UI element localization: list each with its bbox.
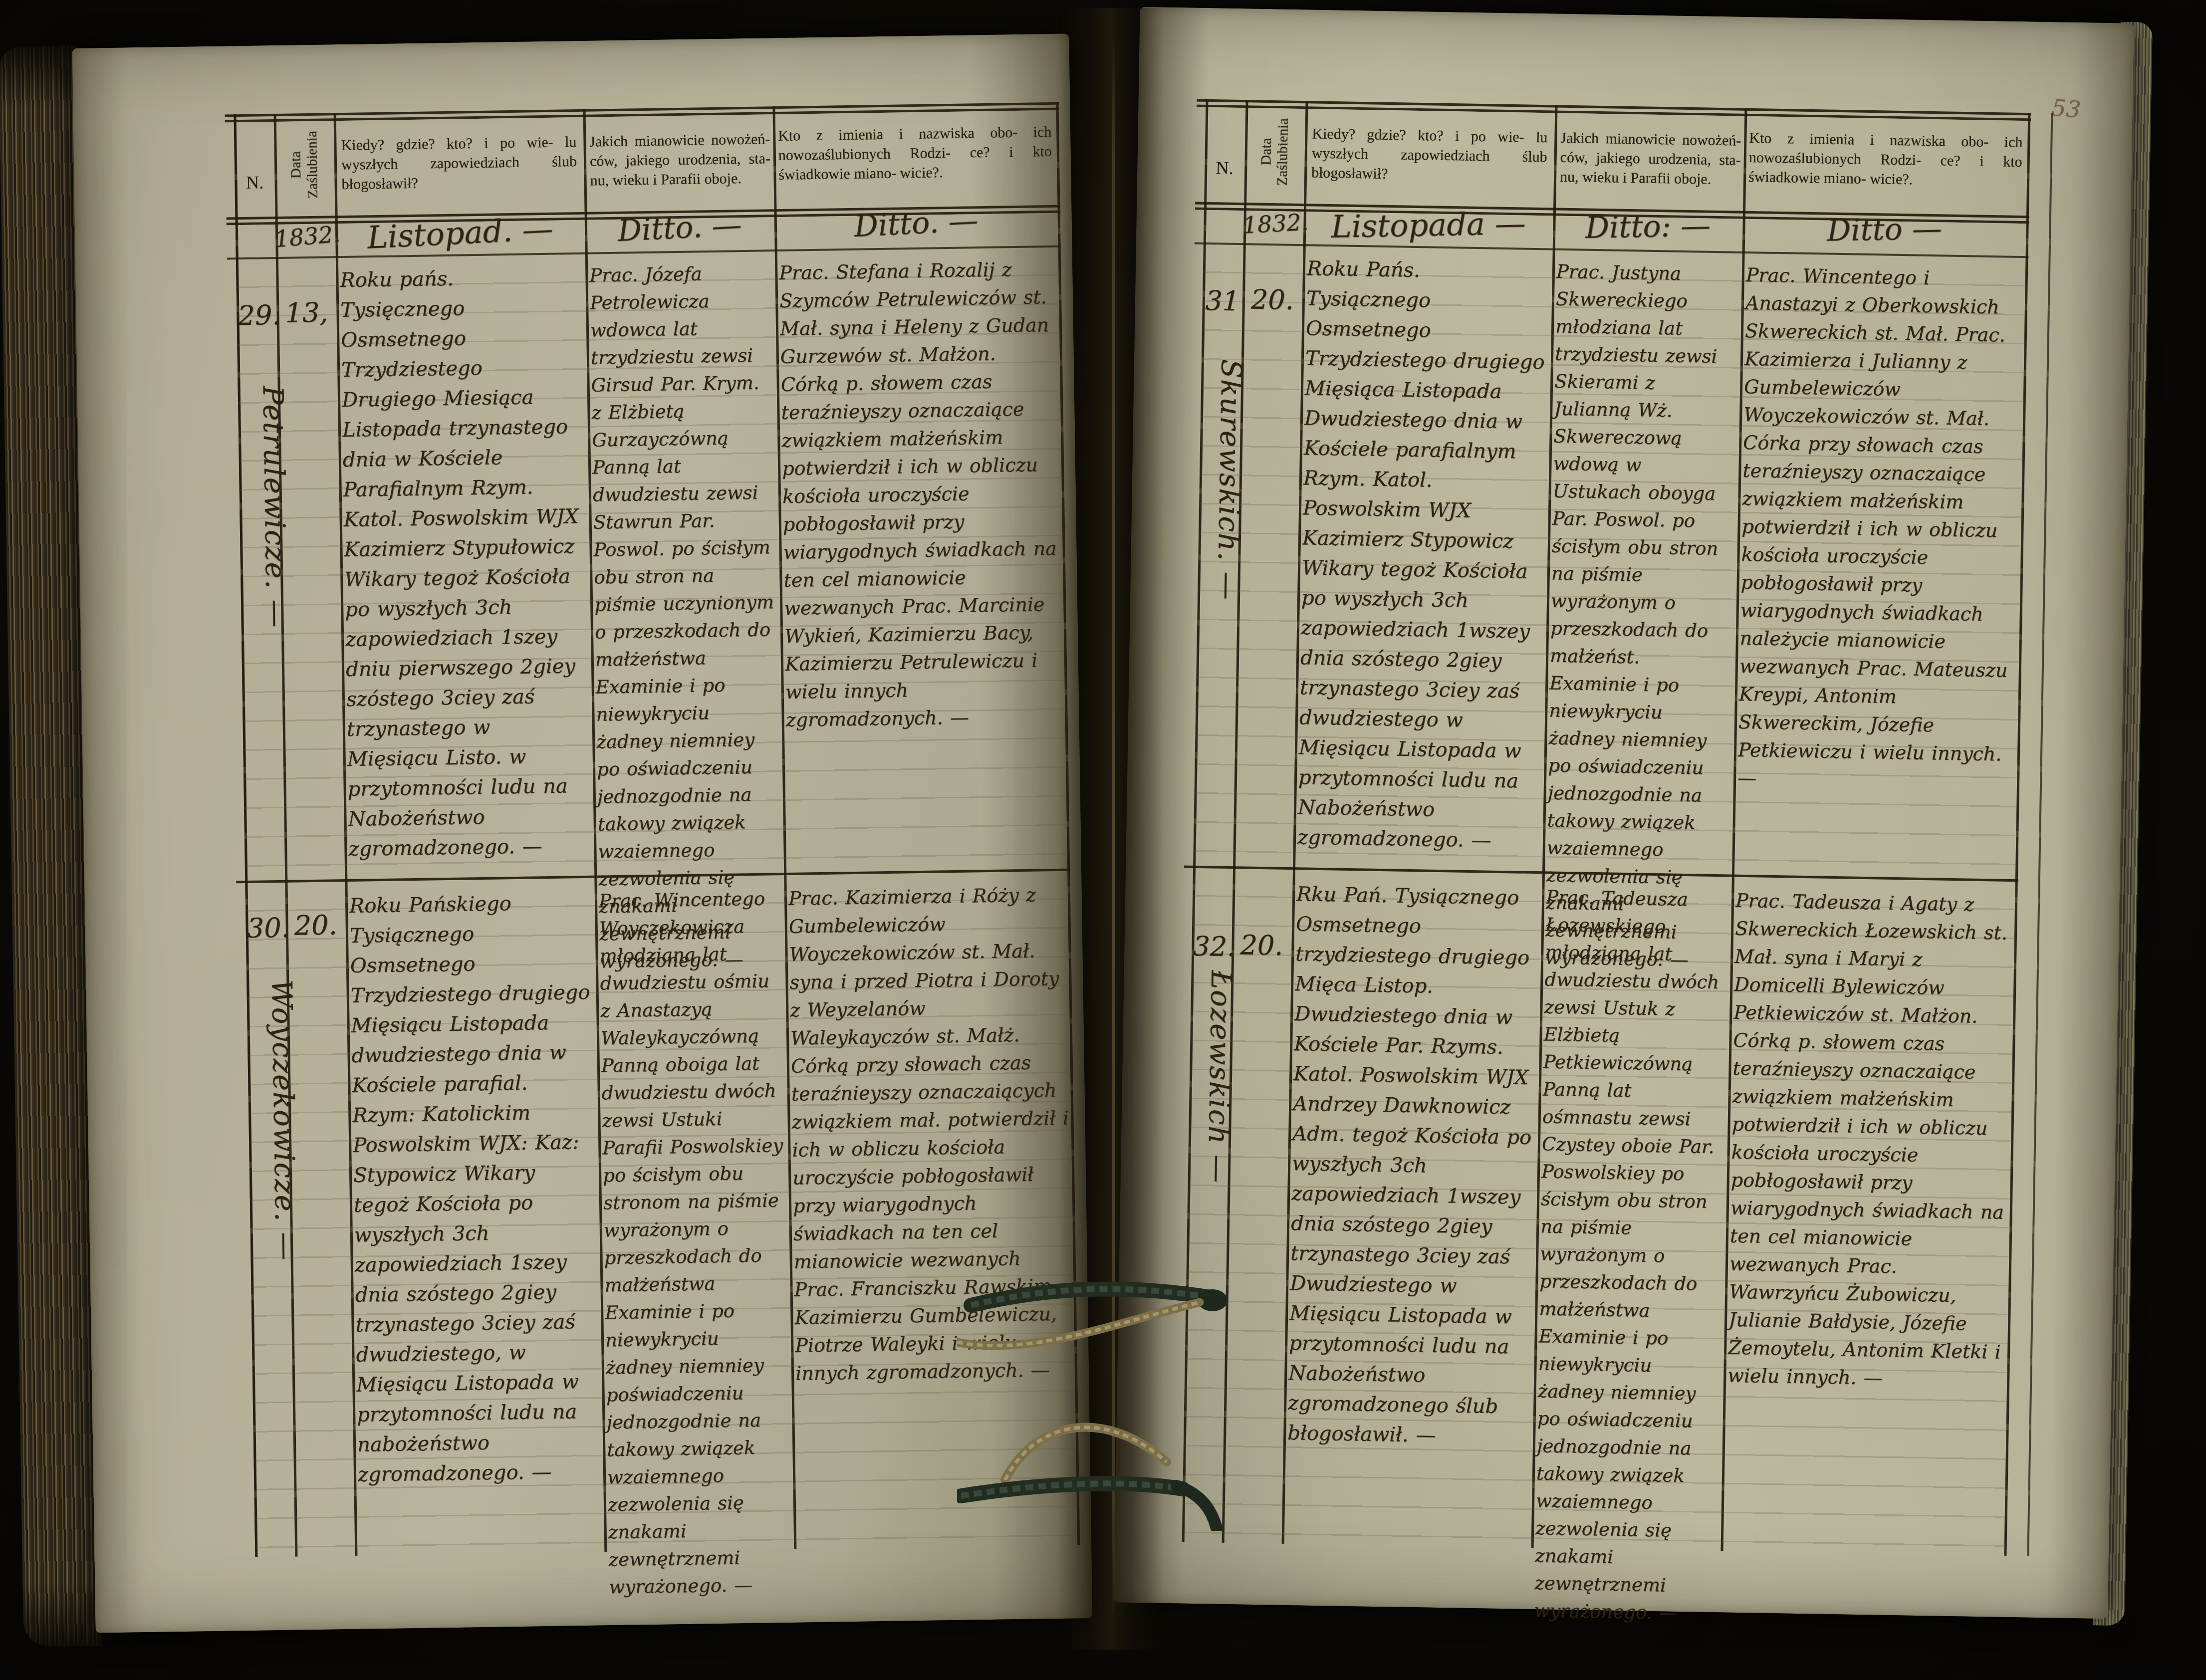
entry-day: 20. [1232, 929, 1291, 961]
column-header-when-where-who: Kiedy? gdzie? kto? i po wie- lu wyszłych… [1311, 124, 1548, 186]
entry-margin-surname: Skurewskich. — [1211, 359, 1247, 601]
entry-families-text: Prac. Wincentego i Anastazyi z Oberkowsk… [1737, 261, 2024, 796]
column-header-marriage-date: Data Zaślubienia [1244, 100, 1305, 204]
column-header-marriage-date: Data Zaślubienia [274, 113, 335, 217]
entry-number: 31 [1203, 285, 1241, 317]
entry-newlyweds-text: Prac. Wincentego Woyczekowicza młodziana… [599, 885, 792, 1601]
entry-number: 32. [1193, 931, 1231, 962]
year-entry: 1832. [273, 221, 338, 252]
entry-margin-surname: Woyczekowicze. — [265, 979, 301, 1261]
entry-families-text: Prac. Tadeusza i Agaty z Skwereckich Łoz… [1727, 887, 2013, 1394]
entry-number: 29. [238, 299, 276, 331]
entry-margin-surname: Łozewskich — [1202, 970, 1237, 1184]
ditto-entry: Ditto. — [774, 199, 1059, 248]
column-header-number: N. [235, 173, 275, 193]
year-entry: 1832. [1242, 209, 1306, 239]
column-header-when-where-who: Kiedy? gdzie? kto? i po wie- lu wyszłych… [341, 132, 577, 194]
cord-tail [1177, 1486, 1217, 1528]
binding-cord-tan-top [957, 1302, 1200, 1346]
table-rule [2027, 113, 2053, 1556]
left-register-table: N. Data Zaślubienia Kiedy? gdzie? kto? i… [234, 102, 1079, 1561]
table-rule [225, 102, 1059, 117]
entry-when-text: Rku Pań. Tysiącznego Osmsetnego trzydzie… [1287, 879, 1538, 1452]
month-entry: Listopada — [1303, 205, 1553, 245]
page-number: 53 [2050, 94, 2082, 123]
entry-number: 30. [246, 912, 285, 944]
ditto-entry: Ditto: — [1553, 208, 1743, 246]
ditto-entry: Ditto — [1742, 210, 2026, 249]
column-header-parents-witnesses: Kto z imienia i nazwiska obo- ich nowoza… [1748, 128, 2023, 191]
left-page: N. Data Zaślubienia Kiedy? gdzie? kto? i… [72, 33, 1093, 1633]
column-header-parents-witnesses: Kto z imienia i nazwiska obo- ich nowoza… [778, 122, 1052, 185]
entry-when-text: Roku Pańs. Tysiącznego Osmsetnego Trzydz… [1297, 253, 1549, 856]
entry-day: 20. [1243, 283, 1301, 316]
entry-day: 13, [277, 296, 336, 329]
entry-newlyweds-text: Prac. Justyna Skwereckiego młodziana lat… [1545, 258, 1739, 974]
table-rule [1197, 99, 2031, 116]
entry-when-text: Roku pańs. Tysięcznego Osmsetnego Trzydz… [340, 262, 590, 864]
right-register-table: N. Data Zaślubienia Kiedy? gdzie? kto? i… [1182, 99, 2029, 1560]
entry-newlyweds-text: Prac. Józefa Petrolewicza wdowca lat trz… [589, 259, 782, 975]
column-header-number: N. [1205, 158, 1245, 178]
entry-newlyweds-text: Prac. Tadeusza Łozewskiego młodziana lat… [1534, 883, 1729, 1627]
binding-cords [957, 1236, 1280, 1531]
column-header-marriage-date-label: Data Zaślubienia [287, 131, 321, 199]
entry-day: 20. [286, 909, 345, 942]
entry-families-text: Prac. Stefana i Rozalij z Szymców Petrul… [779, 255, 1063, 734]
binding-cord-tan-bottom [1005, 1428, 1167, 1480]
column-header-marriage-date-label: Data Zaślubienia [1258, 118, 1292, 186]
entry-when-text: Roku Pańskiego Tysiącznego Osmsetnego Tr… [349, 888, 600, 1490]
column-header-newlyweds: Jakich mianowicie nowożeń- ców, jakiego … [589, 129, 771, 190]
entry-margin-surname: Petrulewicze. — [256, 386, 292, 629]
column-header-newlyweds: Jakich mianowicie nowożeń- ców, jakiego … [1560, 128, 1741, 190]
